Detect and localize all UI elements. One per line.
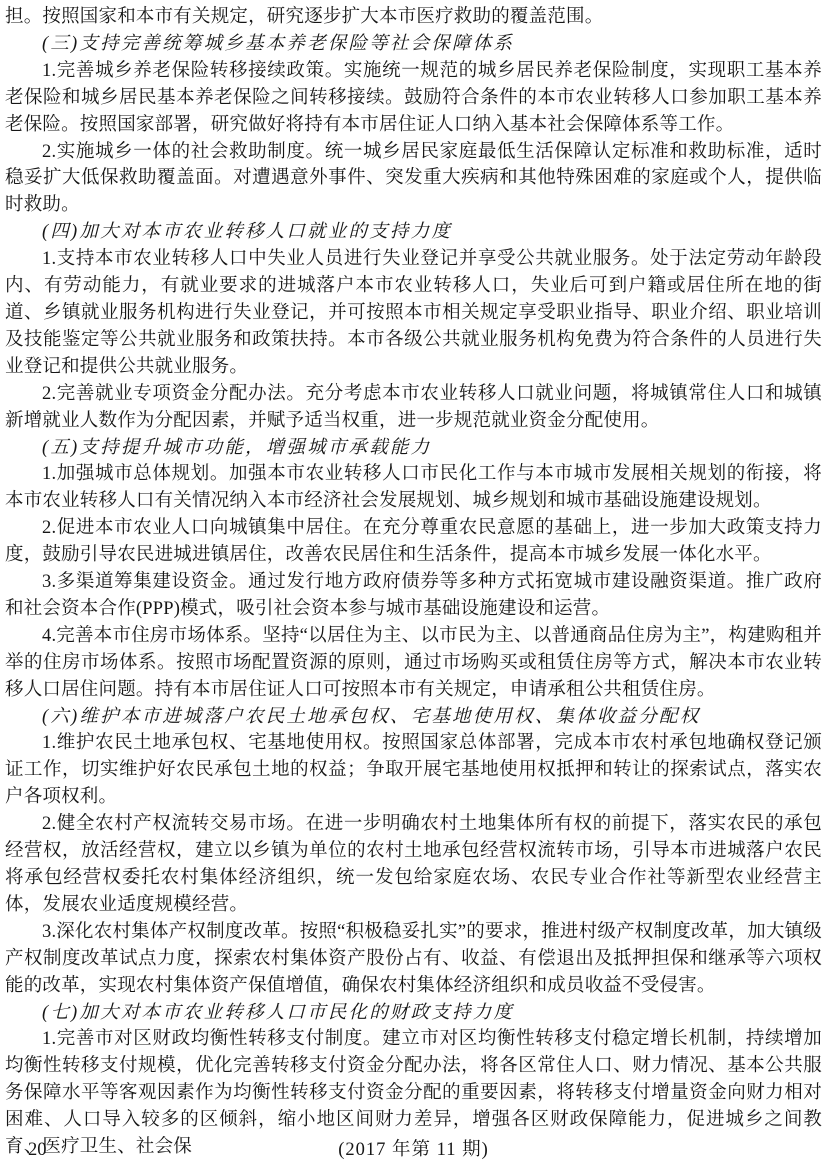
body-paragraph: 1.维护农民土地承包权、宅基地使用权。按照国家总体部署，完成本市农村承包地确权登… <box>5 730 822 811</box>
body-paragraph-continuation: 担。按照国家和本市有关规定，研究逐步扩大本市医疗救助的覆盖范围。 <box>5 4 822 31</box>
page-footer: 20 (2017 年第 11 期) <box>0 1137 827 1164</box>
section-heading-3: (三)支持完善统筹城乡基本养老保险等社会保障体系 <box>5 31 822 58</box>
body-paragraph: 1.加强城市总体规划。加强本市农业转移人口市民化工作与本市城市发展相关规划的衔接… <box>5 461 822 515</box>
body-paragraph: 1.完善城乡养老保险转移接续政策。实施统一规范的城乡居民养老保险制度，实现职工基… <box>5 58 822 139</box>
body-paragraph: 2.完善就业专项资金分配办法。充分考虑本市农业转移人口就业问题，将城镇常住人口和… <box>5 381 822 435</box>
section-heading-7: (七)加大对本市农业转移人口市民化的财政支持力度 <box>5 1000 822 1027</box>
section-heading-6: (六)维护本市进城落户农民土地承包权、宅基地使用权、集体收益分配权 <box>5 704 822 731</box>
issue-label: (2017 年第 11 期) <box>0 1137 827 1164</box>
section-heading-4: (四)加大对本市农业转移人口就业的支持力度 <box>5 219 822 246</box>
section-heading-5: (五)支持提升城市功能，增强城市承载能力 <box>5 435 822 462</box>
body-paragraph: 2.健全农村产权流转交易市场。在进一步明确农村土地集体所有权的前提下，落实农民的… <box>5 811 822 919</box>
body-paragraph: 1.支持本市农业转移人口中失业人员进行失业登记并享受公共就业服务。处于法定劳动年… <box>5 246 822 381</box>
body-paragraph: 2.促进本市农业人口向城镇集中居住。在充分尊重农民意愿的基础上，进一步加大政策支… <box>5 515 822 569</box>
body-paragraph: 3.深化农村集体产权制度改革。按照“积极稳妥扎实”的要求，推进村级产权制度改革，… <box>5 919 822 1000</box>
body-paragraph: 4.完善本市住房市场体系。坚持“以居住为主、以市民为主、以普通商品住房为主”，构… <box>5 623 822 704</box>
document-page: 担。按照国家和本市有关规定，研究逐步扩大本市医疗救助的覆盖范围。 (三)支持完善… <box>5 4 822 1134</box>
body-paragraph: 2.实施城乡一体的社会救助制度。统一城乡居民家庭最低生活保障认定标准和救助标准，… <box>5 139 822 220</box>
body-paragraph: 3.多渠道筹集建设资金。通过发行地方政府债券等多种方式拓宽城市建设融资渠道。推广… <box>5 569 822 623</box>
